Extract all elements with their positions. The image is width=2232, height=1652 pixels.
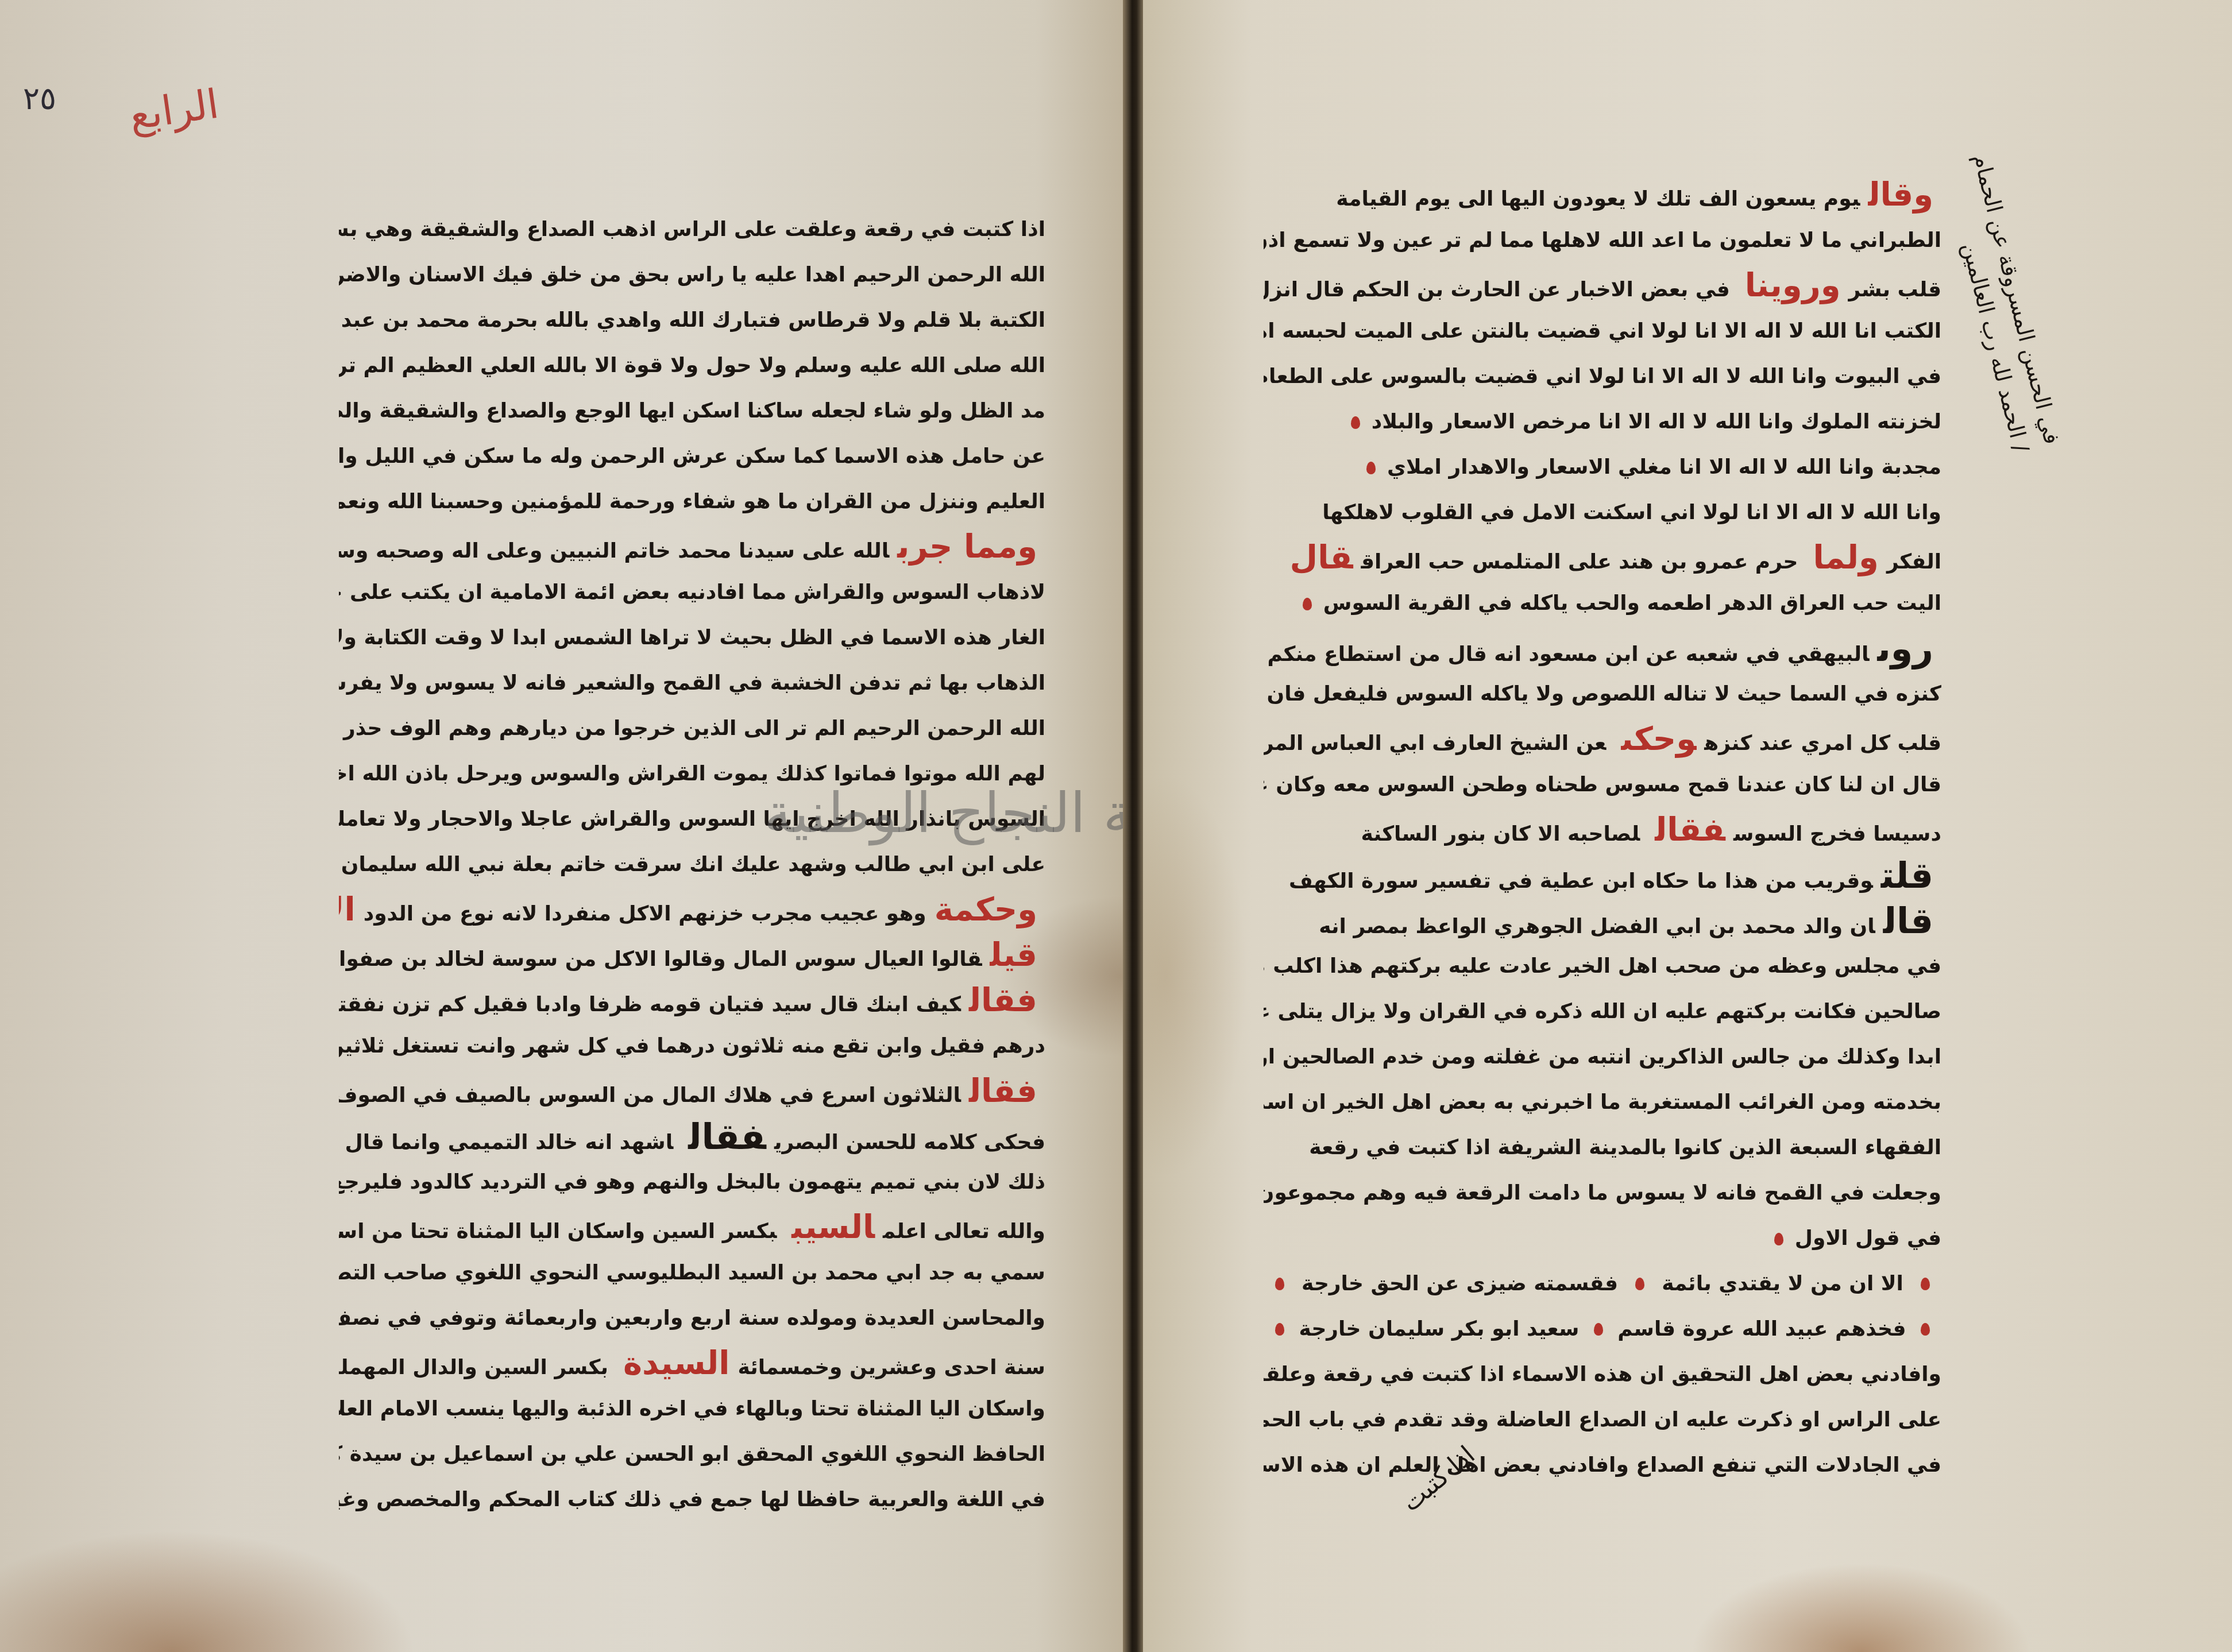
line-text: قالوا العيال سوس المال وقالوا الاكل من س… (492, 947, 982, 971)
line-text: الفكر (1887, 550, 1941, 574)
manuscript-line: الله الرحمن الرحيم الم تر الى الذين خرجو… (339, 706, 1045, 751)
manuscript-line: الطبراني ما لا تعلمون ما اعد الله لاهلها… (1264, 218, 1941, 263)
manuscript-line: قال ان لنا كان عندنا قمح مسوس طحناه وطحن… (1264, 762, 1941, 807)
line-text: دسيسا فخرج السوس (1733, 822, 1941, 846)
rubric-heading: فقال (1655, 811, 1725, 849)
line-text: فحكى كلامه للحسن البصري (774, 1131, 1045, 1154)
line-text: كيف ابنك قال سيد فتيان قومه ظرفا وادبا ف… (339, 993, 961, 1016)
line-text: وانا الله لا اله الا انا لولا اني اسكنت … (1322, 501, 1941, 524)
line-text-tail: عن الشيخ العارف ابي العباس المرسي انه را… (1264, 732, 1606, 755)
manuscript-line: على ابن ابي طالب وشهد عليك انك سرقت خاتم… (339, 842, 1045, 887)
rubric-heading: قلت (1881, 854, 1933, 896)
verse-hemistich-right: فخذهم عبيد الله عروة قاسم (1617, 1306, 1906, 1352)
rubric-heading: السيدة (623, 1345, 729, 1382)
rubric-dot-icon (1275, 1323, 1284, 1336)
line-text: يوم يسعون الف تلك لا يعودون اليها الى يو… (1336, 187, 1860, 211)
line-text: سنة احدى وعشرين وخمسمائة (737, 1356, 1045, 1379)
line-text: لاذهاب السوس والقراش مما افادنيه بعض ائم… (339, 581, 1045, 604)
rubric-heading: وروينا (1745, 267, 1841, 304)
line-text: صالحين فكانت بركتهم عليه ان الله ذكره في… (1264, 1000, 1941, 1023)
manuscript-line: الله صلى الله عليه وسلم ولا حول ولا قوة … (339, 343, 1045, 388)
line-text: في البيوت وانا الله لا اله الا انا لولا … (1264, 365, 1941, 388)
rubric-dot-icon (1275, 1278, 1284, 1290)
rubric-dot-icon (1366, 462, 1376, 474)
manuscript-line: وقاليوم يسعون الف تلك لا يعودون اليها ال… (1264, 172, 1941, 218)
line-text: مجدبة وانا الله لا اله الا انا مغلي الاس… (1387, 455, 1941, 479)
manuscript-line: عن حامل هذه الاسما كما سكن عرش الرحمن ول… (339, 434, 1045, 479)
left-page: ٢٥ الرابع اذا كتبت في رقعة وعلقت على الر… (0, 0, 1126, 1652)
rubric-heading: فقال (969, 1073, 1037, 1110)
rubric-dot-icon (1774, 1233, 1783, 1245)
line-text-tail: بكسر السين واسكان اليا المثناة تحتا من ا… (339, 1220, 777, 1243)
manuscript-line: واسكان اليا المثناة تحتا وبالهاء في اخره… (339, 1386, 1045, 1432)
manuscript-line: الكتبة بلا قلم ولا قرطاس فتبارك الله واه… (339, 297, 1045, 343)
line-text: الطبراني ما لا تعلمون ما اعد الله لاهلها… (1264, 229, 1941, 252)
manuscript-line: وانا الله لا اله الا انا لولا اني اسكنت … (1264, 490, 1941, 535)
manuscript-line: درهم فقيل وابن تقع منه ثلاثون درهما في ك… (339, 1023, 1045, 1069)
manuscript-line: قلب بشروروينافي بعض الاخبار عن الحارث بن… (1264, 263, 1941, 308)
line-text: الفقهاء السبعة الذين كانوا بالمدينة الشر… (1309, 1136, 1941, 1159)
manuscript-line: العليم وننزل من القران ما هو شفاء ورحمة … (339, 479, 1045, 524)
line-text: في مجلس وعظه من صحب اهل الخير عادت عليه … (1264, 954, 1941, 978)
line-text: الله صلى الله عليه وسلم ولا حول ولا قوة … (339, 354, 1045, 377)
line-text: وهو عجيب مجرب خزنهم الاكل منفردا لانه نو… (364, 902, 926, 926)
line-text: وافادني بعض اهل التحقيق ان هذه الاسماء ا… (1264, 1363, 1941, 1386)
line-text: وقريب من هذا ما حكاه ابن عطية في تفسير س… (1289, 869, 1873, 893)
rubric-heading: قال (1883, 900, 1933, 942)
rubric-heading: السيب (791, 1209, 875, 1246)
rubric-heading: وحكى (1621, 721, 1696, 758)
verse-hemistich-right: الا ان من لا يقتدي بائمة (1662, 1261, 1903, 1306)
manuscript-line: الفقهاء السبعة الذين كانوا بالمدينة الشر… (1264, 1125, 1941, 1170)
manuscript-line: صالحين فكانت بركتهم عليه ان الله ذكره في… (1264, 989, 1941, 1034)
line-text: واسكان اليا المثناة تحتا وبالهاء في اخره… (339, 1397, 1045, 1421)
manuscript-line: والمحاسن العديدة ومولده سنة اربع واربعين… (339, 1295, 1045, 1341)
manuscript-line: فقالالثلاثون اسرع في هلاك المال من السوس… (339, 1069, 1045, 1114)
line-text: والمحاسن العديدة ومولده سنة اربع واربعين… (339, 1306, 1045, 1330)
line-text: بخدمته ومن الغرائب المستغربة ما اخبرني ب… (1264, 1090, 1941, 1114)
line-text-tail: اشهد انه خالد التميمي وانما قال الحسن (339, 1131, 673, 1154)
verse-hemistich-left: سعيد ابو بكر سليمان خارجة (1299, 1306, 1580, 1352)
manuscript-line: والله تعالى اعلمالسيببكسر السين واسكان ا… (339, 1205, 1045, 1250)
manuscript-line: في قول الاول (1264, 1216, 1941, 1261)
watermark: جامعة النجاح الوطنية (764, 781, 1126, 845)
line-text-tail: لصاحبه الا كان بنور الساكنة (1361, 822, 1640, 846)
line-text: على الراس او ذكرت عليه ان الصداع العاضلة… (1264, 1408, 1941, 1432)
line-text: لخزنته الملوك وانا الله لا اله الا انا م… (1372, 410, 1941, 434)
manuscript-line: سنة احدى وعشرين وخمسمائةالسيدةبكسر السين… (339, 1341, 1045, 1386)
line-text: الغار هذه الاسما في الظل بحيث لا تراها ا… (339, 626, 1045, 649)
line-text-tail: بكسر السين والدال المهملتين (339, 1356, 608, 1379)
rubric-dot-icon (1921, 1278, 1930, 1290)
quire-note: الرابع (126, 80, 221, 140)
line-text: البيهقي في شعبه عن ابن مسعود انه قال من … (1264, 643, 1869, 666)
manuscript-line: قيلقالوا العيال سوس المال وقالوا الاكل م… (339, 933, 1045, 978)
manuscript-line: الفكرولماحرم عمرو بن هند على المتلمس حب … (1264, 535, 1941, 581)
manuscript-line: فقالكيف ابنك قال سيد فتيان قومه ظرفا واد… (339, 978, 1045, 1023)
line-text: الكتب انا الله لا اله الا انا لولا اني ق… (1264, 319, 1941, 343)
manuscript-line: وافادني بعض اهل التحقيق ان هذه الاسماء ا… (1264, 1352, 1941, 1397)
rubric-heading: ولما (1813, 539, 1878, 577)
line-text: على ابن ابي طالب وشهد عليك انك سرقت خاتم… (339, 853, 1045, 876)
manuscript-line: بخدمته ومن الغرائب المستغربة ما اخبرني ب… (1264, 1080, 1941, 1125)
manuscript-line: مد الظل ولو شاء لجعله ساكنا اسكن ايها ال… (339, 388, 1045, 434)
rubric-heading: فقال (688, 1116, 766, 1158)
right-text-block: وقاليوم يسعون الف تلك لا يعودون اليها ال… (1264, 172, 1941, 1488)
rubric-dot-icon (1635, 1278, 1644, 1290)
manuscript-line: على الراس او ذكرت عليه ان الصداع العاضلة… (1264, 1397, 1941, 1442)
rubric-dot-icon (1351, 416, 1360, 429)
manuscript-line: قلتوقريب من هذا ما حكاه ابن عطية في تفسي… (1264, 853, 1941, 898)
line-text: سمي به جد ابي محمد بن السيد البطليوسي ال… (339, 1261, 1045, 1285)
manuscript-line: ابدا وكذلك من جالس الذاكرين انتبه من غفل… (1264, 1034, 1941, 1080)
line-text-tail: لخالد بن صفوان بن الاهتم (339, 947, 485, 971)
line-text: الكتبة بلا قلم ولا قرطاس فتبارك الله واه… (339, 308, 1045, 332)
line-text-tail: في بعض الاخبار عن الحارث بن الحكم قال ان… (1264, 278, 1730, 301)
manuscript-line: دسيسا فخرج السوسفقاللصاحبه الا كان بنور … (1264, 807, 1941, 853)
manuscript-line: في اللغة والعربية حافظا لها جمع في ذلك ك… (339, 1477, 1045, 1522)
line-text: الثلاثون اسرع في هلاك المال من السوس بال… (339, 1084, 961, 1107)
manuscript-line: الحافظ النحوي اللغوي المحقق ابو الحسن عل… (339, 1432, 1045, 1477)
line-text: الله على سيدنا محمد خاتم النبيين وعلى ال… (339, 539, 889, 563)
manuscript-line: في الجادلات التي تنفع الصداع وافادني بعض… (1264, 1442, 1941, 1488)
manuscript-line: الكتب انا الله لا اله الا انا لولا اني ق… (1264, 308, 1941, 354)
manuscript-line: وجعلت في القمح فانه لا يسوس ما دامت الرق… (1264, 1170, 1941, 1216)
manuscript-line: مجدبة وانا الله لا اله الا انا مغلي الاس… (1264, 444, 1941, 490)
manuscript-line: لخزنته الملوك وانا الله لا اله الا انا م… (1264, 399, 1941, 444)
manuscript-line: روىالبيهقي في شعبه عن ابن مسعود انه قال … (1264, 626, 1941, 671)
folio-number: ٢٥ (23, 80, 56, 117)
line-text: درهم فقيل وابن تقع منه ثلاثون درهما في ك… (339, 1034, 1045, 1058)
manuscript-spread: ٢٥ الرابع اذا كتبت في رقعة وعلقت على الر… (0, 0, 2232, 1652)
rubric-dot-icon (1921, 1323, 1930, 1336)
line-text: ذلك لان بني تميم يتهمون بالبخل والنهم وه… (339, 1170, 1045, 1194)
line-text: اذا كتبت في رقعة وعلقت على الراس اذهب ال… (339, 218, 1045, 241)
line-text: في الجادلات التي تنفع الصداع وافادني بعض… (1264, 1453, 1941, 1477)
line-text: ان والد محمد بن ابي الفضل الجوهري الواعظ… (1319, 915, 1875, 938)
line-text: قال ان لنا كان عندنا قمح مسوس طحناه وطحن… (1264, 773, 1941, 796)
line-text: في اللغة والعربية حافظا لها جمع في ذلك ك… (339, 1488, 1045, 1511)
line-text: الله الرحمن الرحيم اهدا عليه يا راس بحق … (339, 263, 1045, 287)
manuscript-line: اذا كتبت في رقعة وعلقت على الراس اذهب ال… (339, 207, 1045, 252)
manuscript-line: وحكمةوهو عجيب مجرب خزنهم الاكل منفردا لا… (339, 887, 1045, 933)
line-text: والله تعالى اعلم (883, 1220, 1045, 1243)
right-page: وقاليوم يسعون الف تلك لا يعودون اليها ال… (1143, 0, 2232, 1652)
manuscript-line: اليت حب العراق الدهر اطعمه والحب ياكله ف… (1264, 581, 1941, 626)
gutter (1123, 0, 1146, 1652)
manuscript-line: فخذهم عبيد الله عروة قاسمسعيد ابو بكر سل… (1264, 1306, 1941, 1352)
line-text: كنزه في السما حيث لا تناله اللصوص ولا يا… (1267, 682, 1942, 706)
rubric-heading: فقال (969, 982, 1037, 1019)
manuscript-line: سمي به جد ابي محمد بن السيد البطليوسي ال… (339, 1250, 1045, 1295)
line-text: مد الظل ولو شاء لجعله ساكنا اسكن ايها ال… (339, 399, 1045, 423)
manuscript-line: الا ان من لا يقتدي بائمةفقسمته ضيزى عن ا… (1264, 1261, 1941, 1306)
manuscript-line: كنزه في السما حيث لا تناله اللصوص ولا يا… (1264, 671, 1941, 717)
manuscript-line: لاذهاب السوس والقراش مما افادنيه بعض ائم… (339, 570, 1045, 615)
manuscript-line: ذلك لان بني تميم يتهمون بالبخل والنهم وه… (339, 1159, 1045, 1205)
manuscript-line: الله الرحمن الرحيم اهدا عليه يا راس بحق … (339, 252, 1045, 297)
rubric-heading: روى (1877, 628, 1933, 670)
line-text: اليت حب العراق الدهر اطعمه والحب ياكله ف… (1323, 591, 1941, 615)
rubric-heading: قيل (990, 937, 1037, 974)
verse-hemistich-left: فقسمته ضيزى عن الحق خارجة (1302, 1261, 1618, 1306)
left-text-block: اذا كتبت في رقعة وعلقت على الراس اذهب ال… (339, 207, 1045, 1522)
manuscript-line: قالان والد محمد بن ابي الفضل الجوهري الو… (1264, 898, 1941, 943)
line-text: الحافظ النحوي اللغوي المحقق ابو الحسن عل… (339, 1442, 1045, 1466)
rubric-heading: وحكمة (934, 891, 1037, 928)
rubric-heading: الامثال (339, 891, 356, 928)
rubric-dot-icon (1594, 1323, 1603, 1336)
line-text: الله الرحمن الرحيم الم تر الى الذين خرجو… (339, 717, 1045, 740)
line-text: قلب بشر (1849, 278, 1941, 301)
line-text: وجعلت في القمح فانه لا يسوس ما دامت الرق… (1264, 1181, 1941, 1205)
rubric-dot-icon (1303, 598, 1312, 610)
manuscript-line: الغار هذه الاسما في الظل بحيث لا تراها ا… (339, 615, 1045, 660)
manuscript-line: ومما جربالله على سيدنا محمد خاتم النبيين… (339, 524, 1045, 570)
manuscript-line: فحكى كلامه للحسن البصريفقالاشهد انه خالد… (339, 1114, 1045, 1159)
line-text: في قول الاول (1795, 1227, 1941, 1250)
manuscript-line: الذهاب بها ثم تدفن الخشبة في القمح والشع… (339, 660, 1045, 706)
manuscript-line: في مجلس وعظه من صحب اهل الخير عادت عليه … (1264, 943, 1941, 989)
rubric-heading: ومما جرب (897, 528, 1037, 566)
manuscript-line: قلب كل امري عند كنزهوحكىعن الشيخ العارف … (1264, 717, 1941, 762)
line-text: ابدا وكذلك من جالس الذاكرين انتبه من غفل… (1264, 1045, 1941, 1069)
line-text: قلب كل امري عند كنزه (1704, 732, 1941, 755)
line-text: الذهاب بها ثم تدفن الخشبة في القمح والشع… (339, 671, 1045, 695)
manuscript-line: في البيوت وانا الله لا اله الا انا لولا … (1264, 354, 1941, 399)
line-text-tail: حرم عمرو بن هند على المتلمس حب العراق (1361, 550, 1798, 574)
line-text: عن حامل هذه الاسما كما سكن عرش الرحمن ول… (339, 444, 1045, 468)
rubric-heading: قال (1290, 539, 1353, 577)
line-text: العليم وننزل من القران ما هو شفاء ورحمة … (339, 490, 1045, 513)
